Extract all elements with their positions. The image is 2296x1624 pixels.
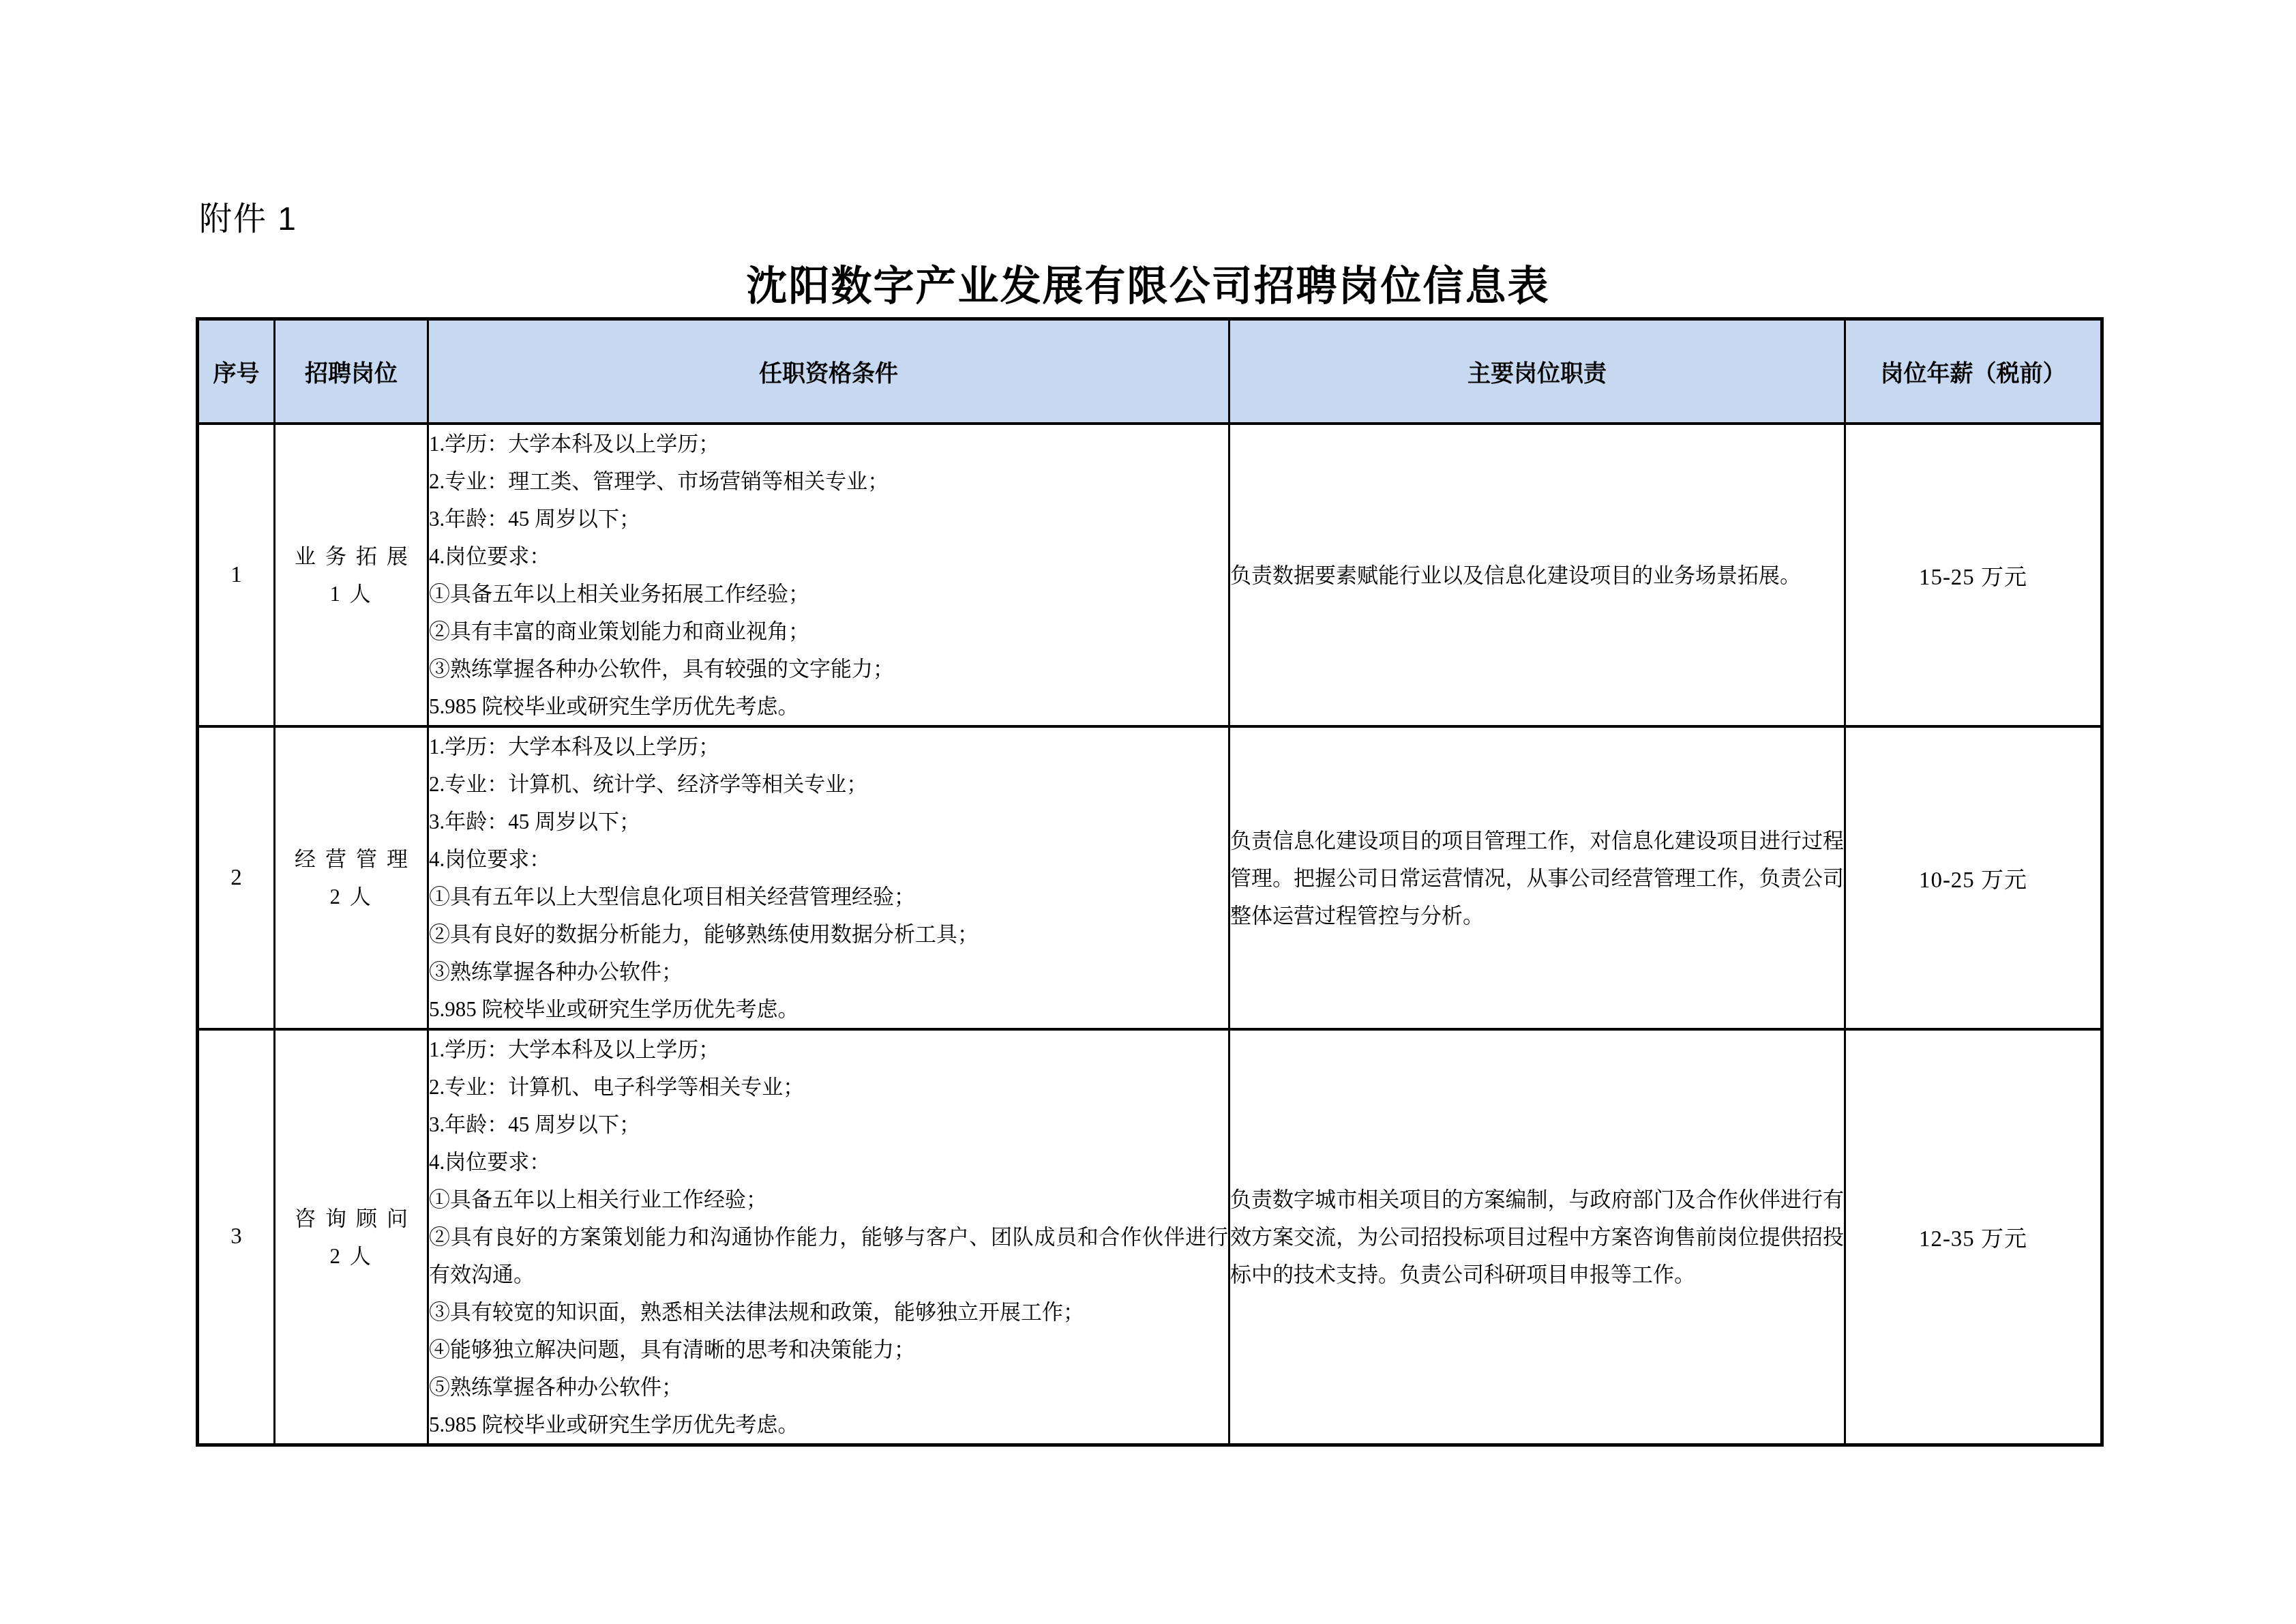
qualification-line: ⑤熟练掌握各种办公软件； [429,1368,1228,1406]
qualification-line: 5.985 院校毕业或研究生学历优先考虑。 [429,990,1228,1028]
qualifications-cell: 1.学历：大学本科及以上学历； 2.专业：计算机、电子科学等相关专业； 3.年龄… [428,1029,1229,1445]
qualification-line: ①具有五年以上大型信息化项目相关经营管理经验； [429,878,1228,915]
qualification-line: 5.985 院校毕业或研究生学历优先考虑。 [429,688,1228,725]
qualification-line: 2.专业：计算机、电子科学等相关专业； [429,1068,1228,1106]
responsibilities-cell: 负责信息化建设项目的项目管理工作，对信息化建设项目进行过程管理。把握公司日常运营… [1229,726,1845,1029]
row-index: 1 [198,424,275,726]
job-positions-table: 序号 招聘岗位 任职资格条件 主要岗位职责 岗位年薪（税前） 1 业务拓展 1 … [196,317,2104,1447]
responsibilities-text: 负责数据要素赋能行业以及信息化建设项目的业务场景拓展。 [1230,557,1844,594]
qualification-line: ③熟练掌握各种办公软件，具有较强的文字能力； [429,650,1228,688]
qualification-line: 3.年龄：45 周岁以下； [429,500,1228,537]
qualification-line: 2.专业：理工类、管理学、市场营销等相关专业； [429,462,1228,500]
position-headcount: 2 人 [275,878,427,915]
table-row: 2 经营管理 2 人 1.学历：大学本科及以上学历； 2.专业：计算机、统计学、… [198,726,2102,1029]
position-cell: 经营管理 2 人 [275,726,428,1029]
qualification-line: ③熟练掌握各种办公软件； [429,953,1228,990]
attachment-label: 附件 1 [199,192,297,239]
position-cell: 咨询顾问 2 人 [275,1029,428,1445]
position-headcount: 2 人 [275,1237,427,1275]
salary-cell: 12-35 万元 [1845,1029,2102,1445]
qualification-line: ④能够独立解决问题，具有清晰的思考和决策能力； [429,1331,1228,1368]
table-row: 3 咨询顾问 2 人 1.学历：大学本科及以上学历； 2.专业：计算机、电子科学… [198,1029,2102,1445]
qualifications-cell: 1.学历：大学本科及以上学历； 2.专业：计算机、统计学、经济学等相关专业； 3… [428,726,1229,1029]
qualification-line: ①具备五年以上相关行业工作经验； [429,1181,1228,1218]
qualification-line: 1.学历：大学本科及以上学历； [429,1031,1228,1068]
document-page: 附件 1 沈阳数字产业发展有限公司招聘岗位信息表 序号 招聘岗位 任职资格条件 … [0,0,2296,1624]
salary-cell: 15-25 万元 [1845,424,2102,726]
position-cell: 业务拓展 1 人 [275,424,428,726]
qualifications-cell: 1.学历：大学本科及以上学历； 2.专业：理工类、管理学、市场营销等相关专业； … [428,424,1229,726]
qualification-line: ①具备五年以上相关业务拓展工作经验； [429,575,1228,612]
qualification-line: 4.岗位要求： [429,840,1228,878]
qualification-line: ③具有较宽的知识面，熟悉相关法律法规和政策，能够独立开展工作； [429,1293,1228,1331]
qualification-line: 1.学历：大学本科及以上学历； [429,728,1228,765]
qualification-line: ②具有丰富的商业策划能力和商业视角； [429,612,1228,650]
salary-cell: 10-25 万元 [1845,726,2102,1029]
header-qualifications: 任职资格条件 [428,319,1229,424]
table-row: 1 业务拓展 1 人 1.学历：大学本科及以上学历； 2.专业：理工类、管理学、… [198,424,2102,726]
qualification-line: ②具有良好的方案策划能力和沟通协作能力，能够与客户、团队成员和合作伙伴进行有效沟… [429,1218,1228,1293]
qualification-line: 3.年龄：45 周岁以下； [429,803,1228,840]
position-name: 业务拓展 [275,537,427,575]
qualification-line: ②具有良好的数据分析能力，能够熟练使用数据分析工具； [429,915,1228,953]
qualification-line: 2.专业：计算机、统计学、经济学等相关专业； [429,765,1228,803]
position-headcount: 1 人 [275,575,427,612]
qualification-line: 1.学历：大学本科及以上学历； [429,425,1228,462]
responsibilities-cell: 负责数据要素赋能行业以及信息化建设项目的业务场景拓展。 [1229,424,1845,726]
row-index: 3 [198,1029,275,1445]
position-name: 咨询顾问 [275,1200,427,1237]
table-header-row: 序号 招聘岗位 任职资格条件 主要岗位职责 岗位年薪（税前） [198,319,2102,424]
responsibilities-text: 负责数字城市相关项目的方案编制，与政府部门及合作伙伴进行有效方案交流，为公司招投… [1230,1181,1844,1293]
responsibilities-cell: 负责数字城市相关项目的方案编制，与政府部门及合作伙伴进行有效方案交流，为公司招投… [1229,1029,1845,1445]
qualification-line: 5.985 院校毕业或研究生学历优先考虑。 [429,1406,1228,1443]
header-salary: 岗位年薪（税前） [1845,319,2102,424]
qualification-line: 4.岗位要求： [429,537,1228,575]
position-name: 经营管理 [275,840,427,878]
qualification-line: 3.年龄：45 周岁以下； [429,1106,1228,1143]
header-position: 招聘岗位 [275,319,428,424]
header-index: 序号 [198,319,275,424]
row-index: 2 [198,726,275,1029]
responsibilities-text: 负责信息化建设项目的项目管理工作，对信息化建设项目进行过程管理。把握公司日常运营… [1230,822,1844,934]
qualification-line: 4.岗位要求： [429,1143,1228,1181]
header-responsibilities: 主要岗位职责 [1229,319,1845,424]
page-title: 沈阳数字产业发展有限公司招聘岗位信息表 [0,254,2296,312]
